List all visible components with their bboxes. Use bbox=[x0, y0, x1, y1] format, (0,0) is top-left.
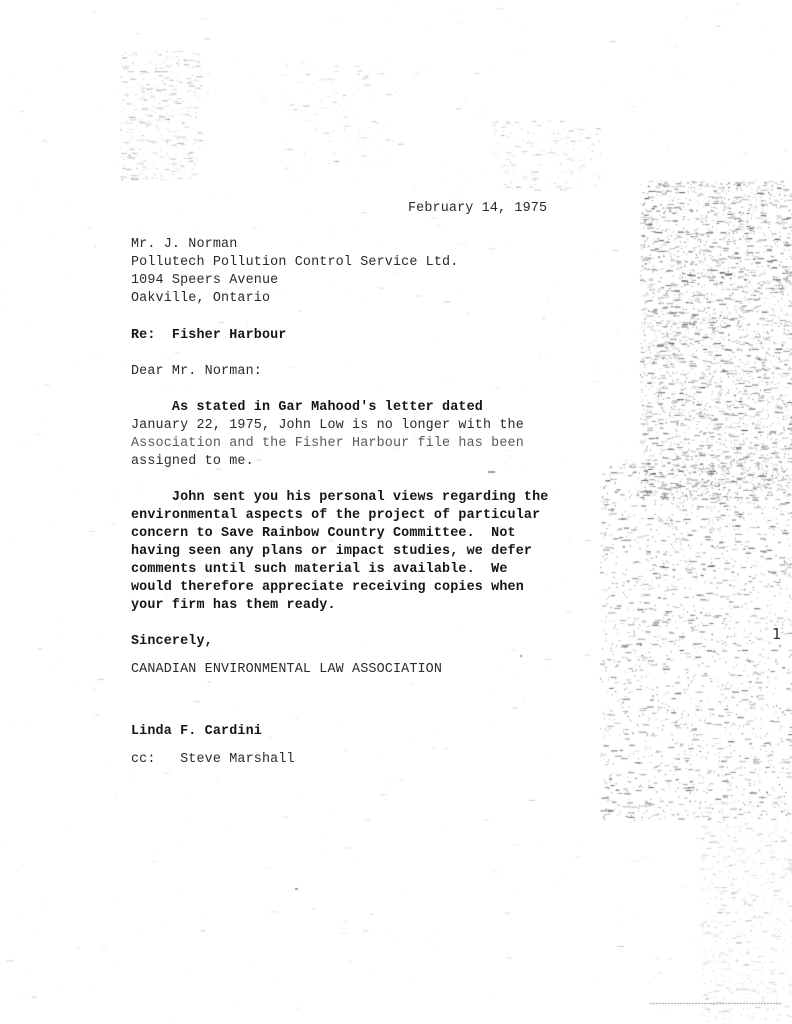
paragraph-line: environmental aspects of the project of … bbox=[131, 507, 548, 525]
paragraph-line: As stated in Gar Mahood's letter dated bbox=[131, 399, 524, 417]
paragraph-line: Association and the Fisher Harbour file … bbox=[131, 435, 524, 453]
organization-name: CANADIAN ENVIRONMENTAL LAW ASSOCIATION bbox=[131, 661, 442, 679]
paragraph-2: John sent you his personal views regardi… bbox=[131, 489, 548, 615]
paragraph-line: would therefore appreciate receiving cop… bbox=[131, 579, 548, 597]
recipient-address-block: Mr. J. NormanPollutech Pollution Control… bbox=[131, 236, 458, 308]
salutation: Dear Mr. Norman: bbox=[131, 363, 262, 381]
paragraph-1: As stated in Gar Mahood's letter datedJa… bbox=[131, 399, 524, 471]
signer-name: Linda F. Cardini bbox=[131, 723, 262, 741]
paragraph-line: John sent you his personal views regardi… bbox=[131, 489, 548, 507]
paragraph-line: January 22, 1975, John Low is no longer … bbox=[131, 417, 524, 435]
letter-date: February 14, 1975 bbox=[408, 200, 547, 218]
cc-line: cc: Steve Marshall bbox=[131, 751, 295, 769]
page-number-mark: 1 bbox=[772, 625, 782, 643]
paragraph-line: concern to Save Rainbow Country Committe… bbox=[131, 525, 548, 543]
paragraph-line: having seen any plans or impact studies,… bbox=[131, 543, 548, 561]
paragraph-line: assigned to me. bbox=[131, 453, 524, 471]
scanned-letter-page: February 14, 1975 Mr. J. NormanPollutech… bbox=[0, 0, 792, 1024]
recipient-company: Pollutech Pollution Control Service Ltd. bbox=[131, 254, 458, 272]
subject-line: Re: Fisher Harbour bbox=[131, 327, 287, 345]
recipient-city: Oakville, Ontario bbox=[131, 290, 458, 308]
recipient-street: 1094 Speers Avenue bbox=[131, 272, 458, 290]
closing: Sincerely, bbox=[131, 633, 213, 651]
paragraph-line: your firm has them ready. bbox=[131, 597, 548, 615]
recipient-name: Mr. J. Norman bbox=[131, 236, 458, 254]
paragraph-line: comments until such material is availabl… bbox=[131, 561, 548, 579]
